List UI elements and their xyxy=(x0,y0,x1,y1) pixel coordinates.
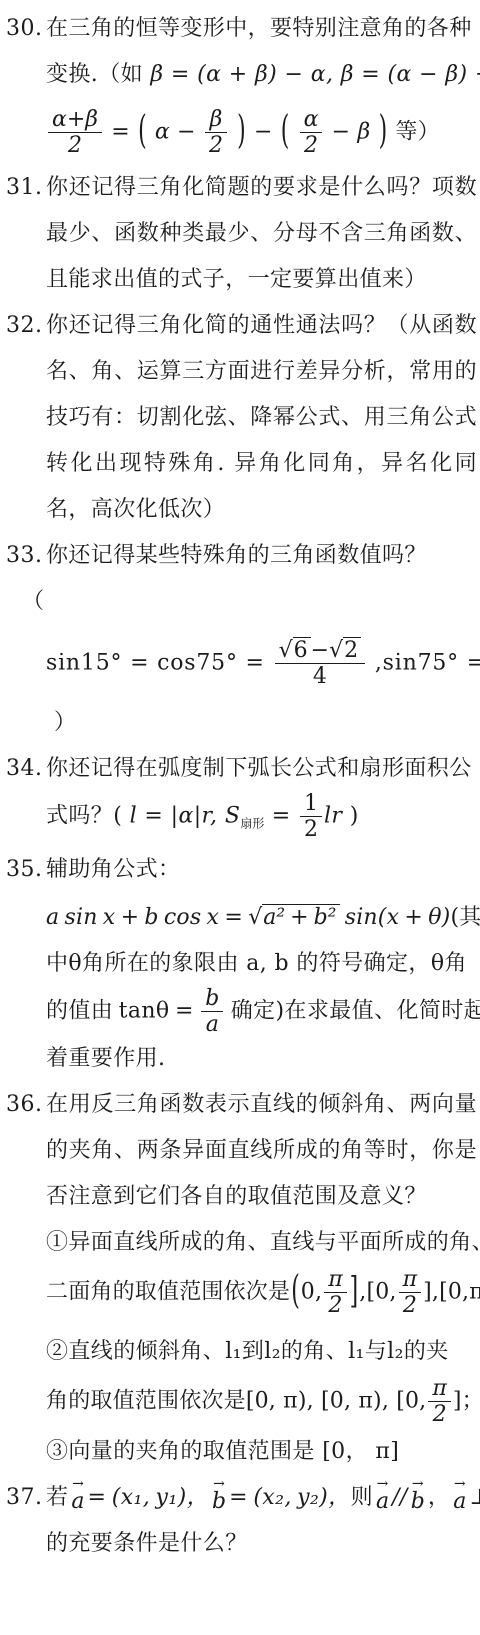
text-run: 在用反三角函数表示直线的倾斜角、两向量的夹角、两条异面直线所成的角等时，你是否注… xyxy=(46,1092,477,1209)
fraction: 12 xyxy=(300,792,322,841)
text-run: ） xyxy=(54,710,76,735)
vector-b: →b xyxy=(212,1480,226,1514)
item-33: 33. 你还记得某些特殊角的三角函数值吗？ （ sin15° = cos75° … xyxy=(0,533,480,746)
document-page: 30. 在三角的恒等变形中，要特别注意角的各种 变换.（如 β = (α + β… xyxy=(0,0,480,1567)
fraction: ba xyxy=(201,987,223,1036)
paren-close: ) xyxy=(350,804,359,829)
math-run: − xyxy=(311,638,329,663)
text-run: 辅助角公式： xyxy=(46,857,180,882)
item-34-body: 你还记得在弧度制下弧长公式和扇形面积公 式吗？( l = |α|r, S扇形 =… xyxy=(46,746,480,847)
math-run: − xyxy=(254,120,273,145)
item-35: 35. 辅助角公式： a sin x + b cos x = √a² + b² … xyxy=(0,847,480,1082)
text-run: 你还记得三角化简的通性通法吗？（从函数名、角、运算三方面进行差异分析，常用的技巧… xyxy=(46,313,477,522)
denominator: 2 xyxy=(205,132,227,157)
text-run: ②直线的倾斜角、l₁到l₂的角、l₁与l₂的夹 xyxy=(46,1339,449,1364)
radical-icon: √ xyxy=(329,638,343,663)
text-run: 你还记得在弧度制下弧长公式和扇形面积公 xyxy=(46,756,472,781)
numerator: b xyxy=(201,987,223,1011)
math-run: α − xyxy=(155,120,196,145)
fraction: α2 xyxy=(300,108,323,157)
math-run: sin15° = cos75° = xyxy=(46,651,265,676)
text-line: 中θ角所在的象限由 a, b 的符号确定，θ角 xyxy=(46,941,477,987)
math-run: = (x₂, y₂)， xyxy=(229,1485,350,1510)
text-run: 的值由 tanθ = xyxy=(46,999,194,1024)
math-run: // xyxy=(392,1485,408,1510)
denominator: 2 xyxy=(300,816,322,841)
text-run: 你还记得某些特殊角的三角函数值吗？ xyxy=(46,543,427,568)
math-run: ]； xyxy=(453,1389,480,1414)
item-36-number: 36. xyxy=(0,1082,46,1128)
sub-item-3-line: ③向量的夹角的取值范围是 [0， π] xyxy=(46,1429,477,1475)
math-run: ,[0, xyxy=(359,1280,396,1305)
item-37: 37. 若→a= (x₁, y₁)，→b= (x₂, y₂)，则→a//→b，→… xyxy=(0,1475,480,1567)
item-35-body: 辅助角公式： a sin x + b cos x = √a² + b² sin(… xyxy=(46,847,480,1082)
item-34-number: 34. xyxy=(0,746,46,792)
text-run: 在三角的恒等变形中，要特别注意角的各种 xyxy=(46,16,472,41)
numerator: π xyxy=(399,1268,421,1292)
math-run: a sin x + b cos x = xyxy=(46,905,243,930)
numerator: π xyxy=(428,1377,450,1401)
text-run: 中θ角所在的象限由 a, b 的符号确定，θ角 xyxy=(46,951,467,976)
radical-icon: √ xyxy=(248,905,262,930)
text-run: ③向量的夹角的取值范围是 [0， π] xyxy=(46,1439,399,1464)
numerator: β xyxy=(205,108,227,132)
vector-symbol: a xyxy=(376,1490,389,1514)
math-run: − β xyxy=(332,120,371,145)
vector-b: →b xyxy=(411,1480,425,1514)
text-run: 确定)在求最值、化简时起 xyxy=(231,999,480,1024)
denominator: 2 xyxy=(324,1292,346,1317)
text-line: 式吗？( l = |α|r, S扇形 = 12lr ) xyxy=(46,792,477,847)
fraction: π2 xyxy=(428,1377,450,1426)
text-line: 变换.（如 β = (α + β) − α, β = (α − β) + α, xyxy=(46,52,477,98)
text-run: 则 xyxy=(351,1485,373,1510)
radicand: 6 xyxy=(293,637,311,663)
fraction: α+β2 xyxy=(48,108,102,157)
denominator: 2 xyxy=(48,132,102,157)
big-paren-open: ( xyxy=(137,90,148,173)
abs-bar: | xyxy=(194,804,202,829)
item-34: 34. 你还记得在弧度制下弧长公式和扇形面积公 式吗？( l = |α|r, S… xyxy=(0,746,480,847)
denominator: 2 xyxy=(399,1292,421,1317)
item-32-body: 你还记得三角化简的通性通法吗？（从函数名、角、运算三方面进行差异分析，常用的技巧… xyxy=(46,303,480,533)
item-30-number: 30. xyxy=(0,6,46,52)
text-line: 的值由 tanθ = ba 确定)在求最值、化简时起 xyxy=(46,987,477,1036)
math-run: r, S xyxy=(202,804,241,829)
text-run: 若 xyxy=(46,1485,68,1510)
vector-symbol: a xyxy=(71,1490,84,1514)
subscript: 扇形 xyxy=(240,817,264,831)
radical: √a² + b² xyxy=(248,904,339,930)
item-36: 36. 在用反三角函数表示直线的倾斜角、两向量的夹角、两条异面直线所成的角等时，… xyxy=(0,1082,480,1474)
math-run: ,sin75° = cos15° = xyxy=(375,651,480,676)
text-paragraph: 在用反三角函数表示直线的倾斜角、两向量的夹角、两条异面直线所成的角等时，你是否注… xyxy=(46,1082,477,1220)
text-run: (其 xyxy=(450,905,480,930)
item-33-number: 33. xyxy=(0,533,46,579)
math-run: sin(x + θ) xyxy=(345,905,451,930)
math-run: = xyxy=(264,804,298,829)
item-37-number: 37. xyxy=(0,1475,46,1521)
item-35-number: 35. xyxy=(0,847,46,893)
vector-a: →a xyxy=(376,1480,389,1514)
item-32: 32. 你还记得三角化简的通性通法吗？（从函数名、角、运算三方面进行差异分析，常… xyxy=(0,303,480,533)
text-run: 式吗？ xyxy=(46,804,113,829)
formula: α+β2 = ( α − β2 ) − ( α2 − β ) 等） xyxy=(46,108,477,157)
math-run: 0, xyxy=(301,1280,322,1305)
text-line: 你还记得某些特殊角的三角函数值吗？ xyxy=(46,533,477,579)
sub-item-2-formula: 角的取值范围依次是[0, π), [0, π), [0,π2]； xyxy=(46,1377,477,1426)
vector-symbol: b xyxy=(212,1490,226,1514)
fraction: √6−√2 4 xyxy=(275,639,366,688)
text-run: 变换.（如 xyxy=(46,62,143,87)
text-line: 着重要作用. xyxy=(46,1036,477,1082)
item-30: 30. 在三角的恒等变形中，要特别注意角的各种 变换.（如 β = (α + β… xyxy=(0,6,480,165)
numerator: α+β xyxy=(48,108,102,132)
math-run: l xyxy=(130,804,137,829)
text-run: 你还记得三角化简题的要求是什么吗？项数最少、函数种类最少、分母不含三角函数、且能… xyxy=(46,175,477,292)
vector-a: →a xyxy=(71,1480,84,1514)
item-31: 31. 你还记得三角化简题的要求是什么吗？项数最少、函数种类最少、分母不含三角函… xyxy=(0,165,480,303)
fraction: π2 xyxy=(324,1268,346,1317)
formula: a sin x + b cos x = √a² + b² sin(x + θ)(… xyxy=(46,895,477,941)
big-paren-close: ) xyxy=(378,90,389,173)
text-run: （ xyxy=(22,589,44,614)
numerator: 1 xyxy=(300,792,322,816)
formula: sin15° = cos75° = √6−√2 4 ,sin75° = cos1… xyxy=(46,639,477,688)
paren-open: ( xyxy=(113,804,122,829)
numerator: π xyxy=(324,1268,346,1292)
math-run: = xyxy=(111,120,130,145)
item-33-body: 你还记得某些特殊角的三角函数值吗？ （ sin15° = cos75° = √6… xyxy=(46,533,480,746)
open-paren-line: （ xyxy=(22,579,477,625)
text-run: 二面角的取值范围依次是 xyxy=(46,1280,290,1305)
item-31-body: 你还记得三角化简题的要求是什么吗？项数最少、函数种类最少、分母不含三角函数、且能… xyxy=(46,165,480,303)
item-30-body: 在三角的恒等变形中，要特别注意角的各种 变换.（如 β = (α + β) − … xyxy=(46,6,480,165)
math-run: ⊥ xyxy=(469,1485,480,1510)
denominator: 4 xyxy=(275,663,366,688)
vector-symbol: b xyxy=(411,1490,425,1514)
text-line: 你还记得在弧度制下弧长公式和扇形面积公 xyxy=(46,746,477,792)
big-bracket-close: ] xyxy=(349,1254,360,1330)
math-run: lr xyxy=(324,804,342,829)
text-run: 等） xyxy=(395,120,439,145)
fraction: β2 xyxy=(205,108,227,157)
item-31-number: 31. xyxy=(0,165,46,211)
item-37-body: 若→a= (x₁, y₁)，→b= (x₂, y₂)，则→a//→b，→a⊥→b… xyxy=(46,1475,480,1567)
numerator: √6−√2 xyxy=(275,639,366,663)
fraction: π2 xyxy=(399,1268,421,1317)
big-paren-close: ) xyxy=(236,90,247,173)
big-paren-open: ( xyxy=(290,1251,301,1334)
text-line: 在三角的恒等变形中，要特别注意角的各种 xyxy=(46,6,477,52)
math-run: = xyxy=(137,804,171,829)
close-paren-line: ） xyxy=(54,700,477,746)
vector-symbol: a xyxy=(453,1490,466,1514)
text-line: 若→a= (x₁, y₁)，→b= (x₂, y₂)，则→a//→b，→a⊥→b xyxy=(46,1475,477,1521)
text-run: 的充要条件是什么？ xyxy=(46,1531,248,1556)
denominator: a xyxy=(201,1011,223,1036)
math-run: = (x₁, y₁)， xyxy=(88,1485,209,1510)
text-line: 辅助角公式： xyxy=(46,847,477,893)
math-run: ],[0,π]； xyxy=(423,1280,480,1305)
item-36-body: 在用反三角函数表示直线的倾斜角、两向量的夹角、两条异面直线所成的角等时，你是否注… xyxy=(46,1082,480,1474)
sub-item-1-line: ①异面直线所成的角、直线与平面所成的角、 xyxy=(46,1220,477,1266)
radicand: 2 xyxy=(343,637,361,663)
vector-a: →a xyxy=(453,1480,466,1514)
radical-icon: √ xyxy=(279,638,293,663)
text-run: 着重要作用. xyxy=(46,1046,165,1071)
numerator: α xyxy=(300,108,323,132)
math-run: α xyxy=(178,804,193,829)
text-run: ， xyxy=(428,1485,450,1510)
text-run: 角的取值范围依次是 xyxy=(46,1389,246,1414)
text-line: 的充要条件是什么？ xyxy=(46,1521,477,1567)
denominator: 2 xyxy=(428,1401,450,1426)
math-run: β = (α + β) − α, β = (α − β) + α, xyxy=(150,62,480,87)
sub-item-1-formula: 二面角的取值范围依次是(0,π2],[0,π2],[0,π]； xyxy=(46,1268,477,1317)
denominator: 2 xyxy=(300,132,323,157)
big-paren-open: ( xyxy=(280,90,291,173)
item-32-number: 32. xyxy=(0,303,46,349)
text-run: ①异面直线所成的角、直线与平面所成的角、 xyxy=(46,1230,480,1255)
math-run: [0, π), [0, π), [0, xyxy=(246,1389,427,1414)
sub-item-2-line: ②直线的倾斜角、l₁到l₂的角、l₁与l₂的夹 xyxy=(46,1329,477,1375)
radicand: a² + b² xyxy=(262,904,339,930)
